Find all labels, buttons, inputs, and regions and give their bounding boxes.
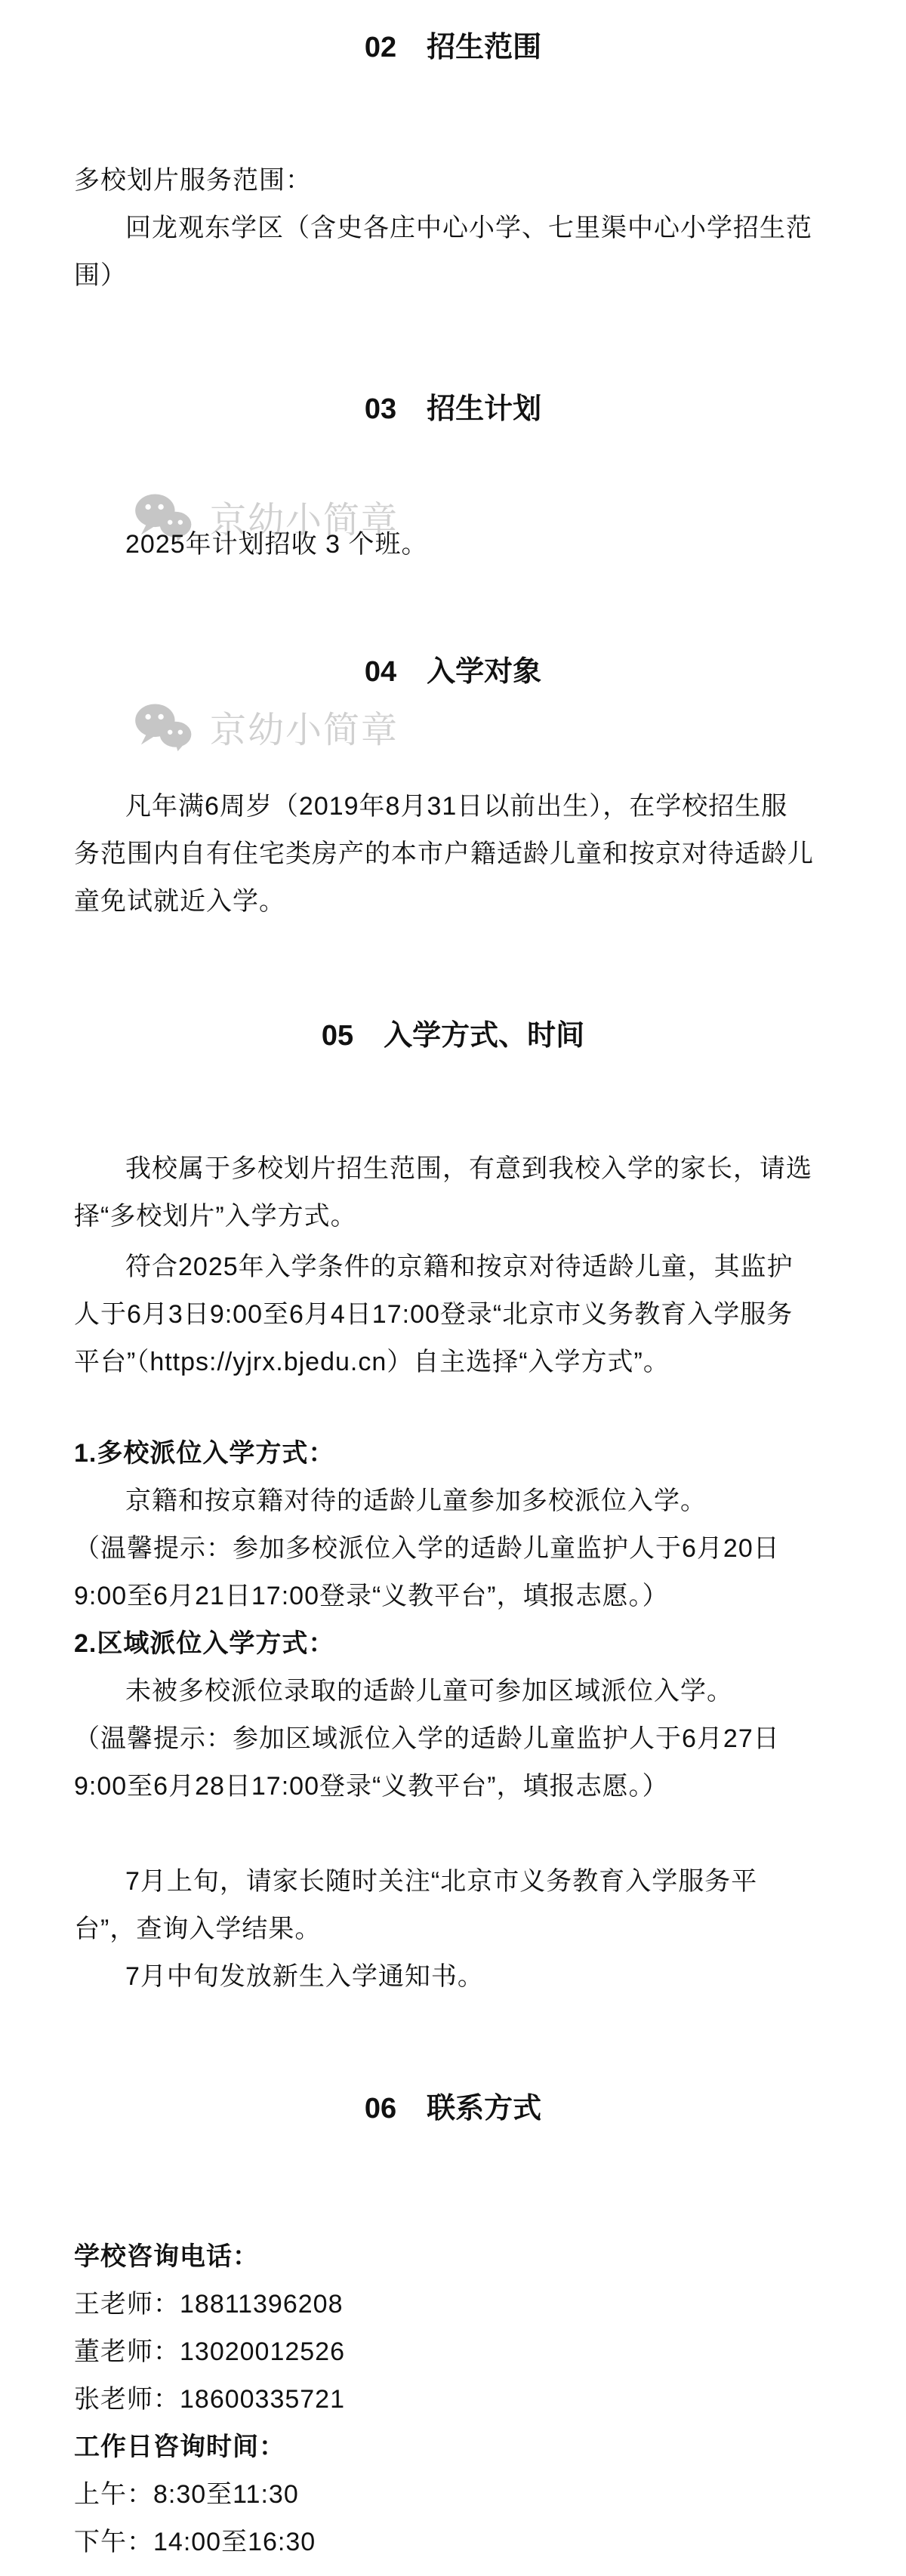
paragraph-scope-detail: 回龙观东学区（含史各庄中心小学、七里渠中心小学招生范 围） — [74, 205, 832, 300]
section-heading-06: 06 联系方式 — [74, 2084, 832, 2134]
paragraph-phone-label: 学校咨询电话： — [74, 2233, 832, 2281]
paragraph-method2-tip: （温馨提示：参加区域派位入学的适龄儿童监护人于6月27日 9:00至6月28日1… — [74, 1715, 832, 1810]
paragraph-method1-title: 1.多校派位入学方式： — [74, 1430, 832, 1478]
paragraph-method2-title: 2.区域派位入学方式： — [74, 1620, 832, 1668]
paragraph-time-list: 上午：8:30至11:30 下午：14:00至16:30 — [74, 2471, 832, 2566]
section-title: 入学方式、时间 — [384, 1011, 584, 1061]
paragraph-plan: 2025年计划招收 3 个班。 — [74, 521, 832, 569]
section-number: 05 — [322, 1011, 353, 1061]
paragraph-phone-list: 王老师：18811396208 董老师：13020012526 张老师：1860… — [74, 2281, 832, 2423]
article-page: 京幼小简章 京幼小简章 02 招生范围 多校划片服务范围： 回龙观东学区（含史各… — [0, 0, 906, 2576]
section-heading-02: 02 招生范围 — [74, 23, 832, 72]
section-number: 03 — [365, 384, 396, 434]
section-number: 06 — [365, 2084, 396, 2134]
paragraph-method-intro: 我校属于多校划片招生范围，有意到我校入学的家长，请选 择“多校划片”入学方式。 — [74, 1145, 832, 1240]
section-title: 入学对象 — [427, 647, 541, 697]
section-heading-04: 04 入学对象 — [74, 647, 832, 697]
paragraph-result-july: 7月上旬，请家长随时关注“北京市义务教育入学服务平 台”，查询入学结果。 — [74, 1858, 832, 1953]
paragraph-method1-body: 京籍和按京籍对待的适龄儿童参加多校派位入学。 — [74, 1478, 832, 1525]
article-content: 02 招生范围 多校划片服务范围： 回龙观东学区（含史各庄中心小学、七里渠中心小… — [0, 23, 906, 2566]
section-title: 招生计划 — [427, 384, 541, 434]
section-number: 02 — [365, 23, 396, 72]
section-number: 04 — [365, 647, 396, 697]
section-heading-05: 05 入学方式、时间 — [74, 1011, 832, 1061]
section-title: 联系方式 — [427, 2084, 541, 2134]
paragraph-target: 凡年满6周岁（2019年8月31日以前出生），在学校招生服 务范围内自有住宅类房… — [74, 783, 832, 926]
paragraph-notice-july: 7月中旬发放新生入学通知书。 — [74, 1953, 832, 2001]
paragraph-method1-tip: （温馨提示：参加多校派位入学的适龄儿童监护人于6月20日 9:00至6月21日1… — [74, 1525, 832, 1620]
paragraph-method-platform: 符合2025年入学条件的京籍和按京对待适龄儿童，其监护 人于6月3日9:00至6… — [74, 1243, 832, 1386]
paragraph-time-label: 工作日咨询时间： — [74, 2423, 832, 2471]
section-title: 招生范围 — [427, 23, 541, 72]
paragraph-scope-label: 多校划片服务范围： — [74, 157, 832, 205]
section-heading-03: 03 招生计划 — [74, 384, 832, 434]
paragraph-method2-body: 未被多校派位录取的适龄儿童可参加区域派位入学。 — [74, 1668, 832, 1715]
